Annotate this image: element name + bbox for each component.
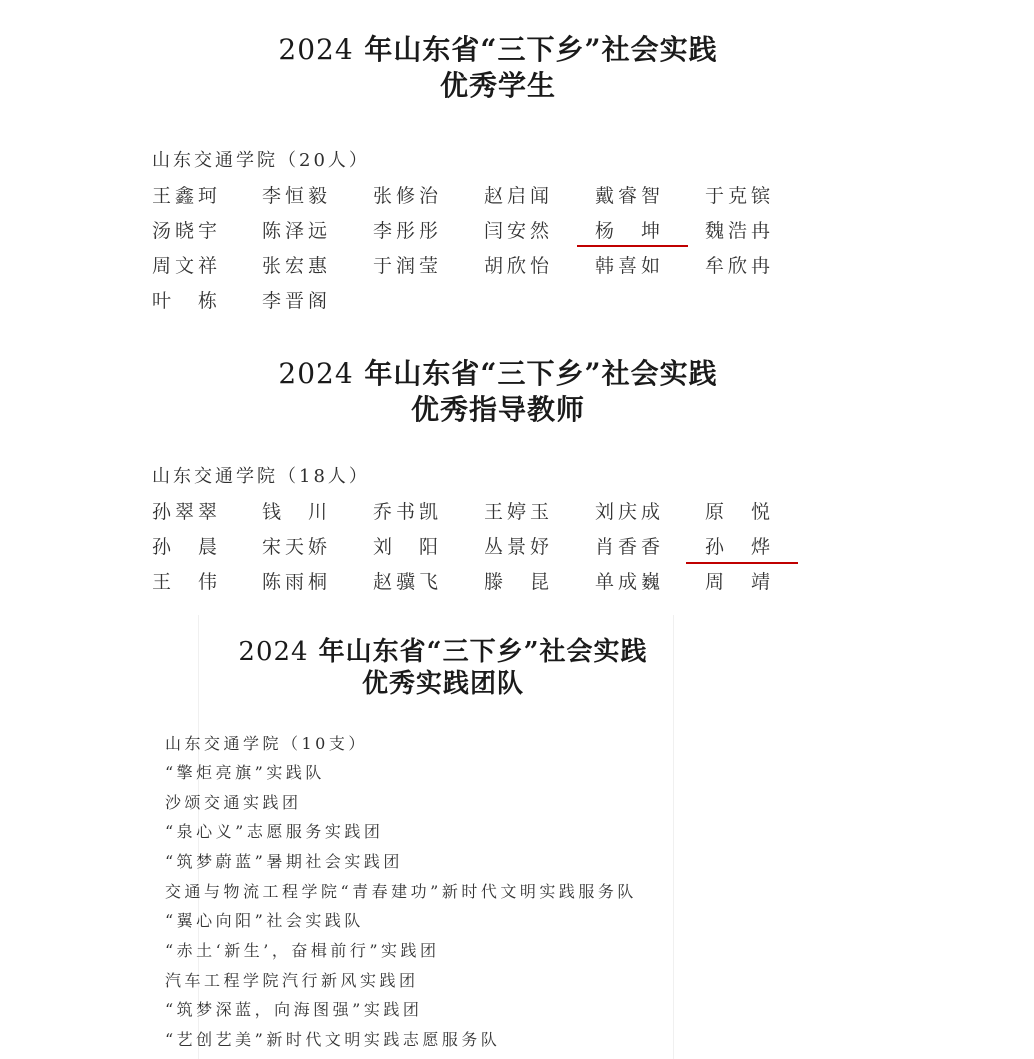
highlight-underline [577, 245, 688, 247]
title-subtitle: 优秀实践团队 [0, 668, 886, 700]
student-name: 张修治 [373, 184, 469, 208]
teacher-name: 孙翠翠 [152, 500, 248, 524]
student-name: 于克镔 [705, 184, 801, 208]
student-name-highlighted: 杨 坤 [595, 219, 691, 243]
section-title-teams: 2024 年山东省“三下乡”社会实践 优秀实践团队 [0, 636, 886, 700]
student-name: 闫安然 [484, 219, 580, 243]
teacher-name: 乔书凯 [373, 500, 469, 524]
student-name: 赵启闻 [484, 184, 580, 208]
org-header: 山东交通学院（20人） [152, 150, 370, 172]
teacher-name: 滕 昆 [484, 570, 580, 594]
teacher-name: 单成巍 [595, 570, 691, 594]
team-item: “筑梦蔚蓝”暑期社会实践团 [165, 852, 403, 872]
title-line-1: 2024 年山东省“三下乡”社会实践 [0, 636, 886, 668]
title-subtitle: 优秀学生 [20, 68, 976, 104]
team-item: “擎炬亮旗”实践队 [165, 763, 325, 783]
student-name: 韩喜如 [595, 254, 691, 278]
teacher-name: 王婷玉 [484, 500, 580, 524]
team-item: 沙颂交通实践团 [165, 793, 302, 813]
teacher-name-highlighted: 孙 烨 [705, 535, 801, 559]
student-name: 李彤彤 [373, 219, 469, 243]
team-item: “艺创艺美”新时代文明实践志愿服务队 [165, 1030, 500, 1050]
student-name: 胡欣怡 [484, 254, 580, 278]
student-name: 戴睿智 [595, 184, 691, 208]
teacher-name: 王 伟 [152, 570, 248, 594]
teacher-name: 刘庆成 [595, 500, 691, 524]
teacher-name: 刘 阳 [373, 535, 469, 559]
team-item: “泉心义”志愿服务实践团 [165, 822, 383, 842]
student-name: 李晋阁 [262, 289, 358, 313]
teacher-name: 孙 晨 [152, 535, 248, 559]
team-item: “翼心向阳”社会实践队 [165, 911, 364, 931]
highlight-underline [686, 562, 798, 564]
student-name: 张宏惠 [262, 254, 358, 278]
student-name: 周文祥 [152, 254, 248, 278]
student-name: 汤晓宇 [152, 219, 248, 243]
teacher-name: 陈雨桐 [262, 570, 358, 594]
org-header: 山东交通学院（10支） [165, 733, 368, 755]
title-line-1: 2024 年山东省“三下乡”社会实践 [20, 356, 976, 392]
teacher-name: 周 靖 [705, 570, 801, 594]
student-name: 李恒毅 [262, 184, 358, 208]
org-header: 山东交通学院（18人） [152, 466, 370, 488]
title-line-1: 2024 年山东省“三下乡”社会实践 [20, 32, 976, 68]
teacher-name: 宋天娇 [262, 535, 358, 559]
teacher-name: 钱 川 [262, 500, 358, 524]
student-name: 叶 栋 [152, 289, 248, 313]
team-item: “筑梦深蓝，向海图强”实践团 [165, 1000, 422, 1020]
student-name: 魏浩冉 [705, 219, 801, 243]
teacher-name: 肖香香 [595, 535, 691, 559]
student-name: 牟欣冉 [705, 254, 801, 278]
teacher-name: 原 悦 [705, 500, 801, 524]
student-name: 王鑫珂 [152, 184, 248, 208]
team-item: 交通与物流工程学院“青春建功”新时代文明实践服务队 [165, 882, 637, 902]
teacher-name: 丛景妤 [484, 535, 580, 559]
title-subtitle: 优秀指导教师 [20, 392, 976, 428]
student-name: 于润莹 [373, 254, 469, 278]
teacher-name: 赵骥飞 [373, 570, 469, 594]
student-name: 陈泽远 [262, 219, 358, 243]
section-title-teachers: 2024 年山东省“三下乡”社会实践 优秀指导教师 [20, 356, 976, 428]
team-item: “赤土‘新生’，奋楫前行”实践团 [165, 941, 440, 961]
section-title-students: 2024 年山东省“三下乡”社会实践 优秀学生 [20, 32, 976, 104]
team-item: 汽车工程学院汽行新风实践团 [165, 971, 419, 991]
